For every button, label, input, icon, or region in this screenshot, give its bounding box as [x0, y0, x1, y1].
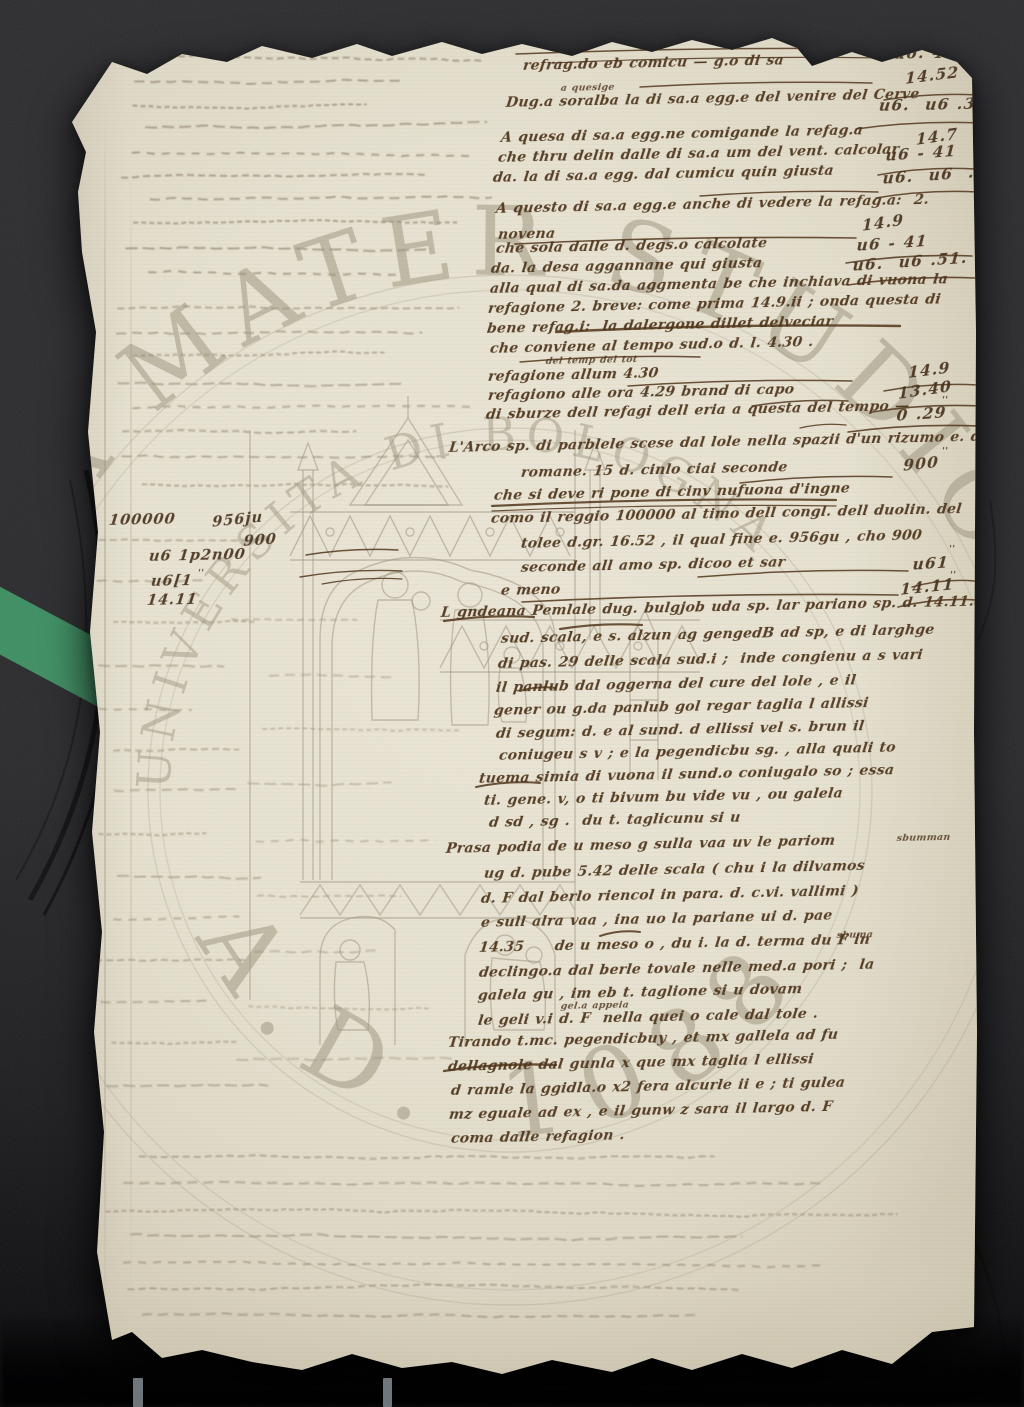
handwritten-line: e meno — [500, 583, 561, 600]
handwritten-line: '' — [948, 545, 956, 556]
paper-crease-left2 — [130, 152, 132, 1312]
margin-number: 900 — [903, 453, 939, 474]
handwritten-line: il panlub dal oggerna del cure del lole … — [495, 673, 857, 696]
handwritten-line: d ramle la ggidla.o x2 fera alcurle ii e… — [450, 1076, 846, 1100]
paper-crease-left — [104, 112, 106, 1332]
handwritten-line: coniugeu s v ; e la pegendicbu sg. , all… — [498, 741, 897, 765]
handwritten-line: e sull alra vaa , ina uo la pariane ui d… — [480, 909, 833, 932]
handwritten-line: ti. gene. v, o ti bivum bu vide vu , ou … — [483, 786, 844, 809]
handwritten-line: ug d. pube 5.42 delle scala ( chu i la d… — [483, 859, 866, 882]
handwritten-line: sud. scala, e s. alzun ag gengedB ad sp,… — [500, 623, 935, 648]
handwritten-line: le geli v.i d. F nella quei o cale dal t… — [477, 1007, 819, 1030]
handwritten-line: galela gu , im eb t. taglione si u dovam — [477, 982, 803, 1004]
handwritten-line: '' — [949, 571, 957, 582]
handwritten-line: '' — [941, 396, 949, 407]
ink-text-layer: refrag.do eb comicu — g.o di sau6. 4114.… — [0, 0, 1024, 1407]
handwritten-line: mz eguale ad ex , e il gunw z sara il la… — [448, 1100, 833, 1123]
handwritten-line: Tirando t.mc. pegendicbuy , et mx gallel… — [447, 1028, 839, 1052]
handwritten-line: declingo.a dal berle tovale nelle med.a … — [478, 958, 875, 982]
handwritten-line: '' — [941, 447, 949, 458]
handwritten-line: che sola dalle d. degs.o calcolate — [495, 236, 768, 257]
handwritten-line: che thru delin dalle di sa.a um del vent… — [497, 143, 900, 167]
handwritten-line: refrag.do eb comicu — g.o di sa — [522, 53, 785, 74]
handwritten-line: sbumman — [896, 833, 951, 845]
margin-number: 0 .29 — [896, 403, 947, 424]
margin-number: 14.9 — [862, 211, 904, 234]
manuscript-page: ALMA MATER STUDIORUM UNIVERSITA DI BOLOG… — [52, 32, 980, 1377]
margin-number: 14.52 — [905, 63, 959, 87]
handwritten-line: '' — [197, 569, 205, 580]
handwritten-line: sbuma — [836, 930, 874, 941]
margin-number: u6. 41 — [893, 44, 958, 62]
margin-number: u61 — [912, 553, 950, 573]
handwritten-line: coma dalle refagion . — [450, 1128, 626, 1147]
handwritten-line: da. la desa aggannane qui giusta — [490, 256, 763, 277]
handwritten-line: dellagnole dal gunla x que mx taglia l e… — [447, 1052, 815, 1075]
handwritten-line: Prasa podia de u meso g sulla vaa uv le … — [445, 834, 836, 858]
margin-number: u6. u6 .3 — [878, 95, 977, 114]
handwritten-line: gener ou g.da panlub gol regar taglia l … — [493, 696, 869, 719]
handwritten-line: A questo di sa.a egg.e anche di vedere l… — [495, 193, 930, 218]
margin-calculation: u6[1 — [150, 573, 193, 590]
scan-stage: ALMA MATER STUDIORUM UNIVERSITA DI BOLOG… — [0, 0, 1024, 1407]
calibration-bar — [383, 1378, 392, 1407]
margin-calculation: u6 1p2n00 — [148, 547, 247, 565]
handwritten-line: tolee d.gr. 16.52 , il qual fine e. 956g… — [520, 529, 923, 553]
handwritten-line: di segum: d. e al sund. d ellissi vel s.… — [495, 719, 865, 742]
handwritten-line: di pas. 29 delle scala sud.i ; inde cong… — [497, 648, 924, 672]
handwritten-line: refagione allum 4.30 — [487, 366, 659, 385]
handwritten-line: tuema simia di vuona il sund.o coniugalo… — [478, 763, 895, 787]
margin-calculation: 956ju — [212, 510, 263, 531]
handwritten-line: refagione 2. breve: come prima 14.9.ii ;… — [487, 292, 942, 317]
handwritten-line: seconde all amo sp. dicoo et sar — [520, 555, 786, 576]
margin-calculation: 14.11 — [146, 592, 198, 609]
handwritten-line: d. F dal berlo riencol in para. d. c.vi.… — [480, 884, 859, 907]
handwritten-line: romane. 15 d. cinlo ciai seconde — [520, 460, 788, 481]
margin-calculation: 100000 — [108, 512, 176, 529]
handwritten-line: d sd , sg . du t. taglicunu si u — [488, 811, 741, 832]
handwritten-line: che si deve ri pone di cinv nufuona d'in… — [493, 482, 851, 505]
margin-calculation: 900 — [243, 532, 277, 550]
manuscript-page-wrap: ALMA MATER STUDIORUM UNIVERSITA DI BOLOG… — [52, 32, 980, 1377]
calibration-bar — [133, 1378, 143, 1407]
handwritten-line: 14.35 de u meso o , du i. la d. terma du… — [478, 933, 871, 957]
handwritten-line: da. la di sa.a egg. dal cumicu quin gius… — [492, 164, 835, 187]
handwritten-line: como il reggio 100000 al timo dell congl… — [490, 502, 963, 527]
margin-number: u6 - 41 — [885, 142, 957, 164]
handwritten-line: L'Arco sp. di parblele scese dal lole ne… — [448, 430, 987, 457]
handwritten-line: che conviene al tempo sud.o d. l. 4.30 . — [489, 335, 814, 357]
